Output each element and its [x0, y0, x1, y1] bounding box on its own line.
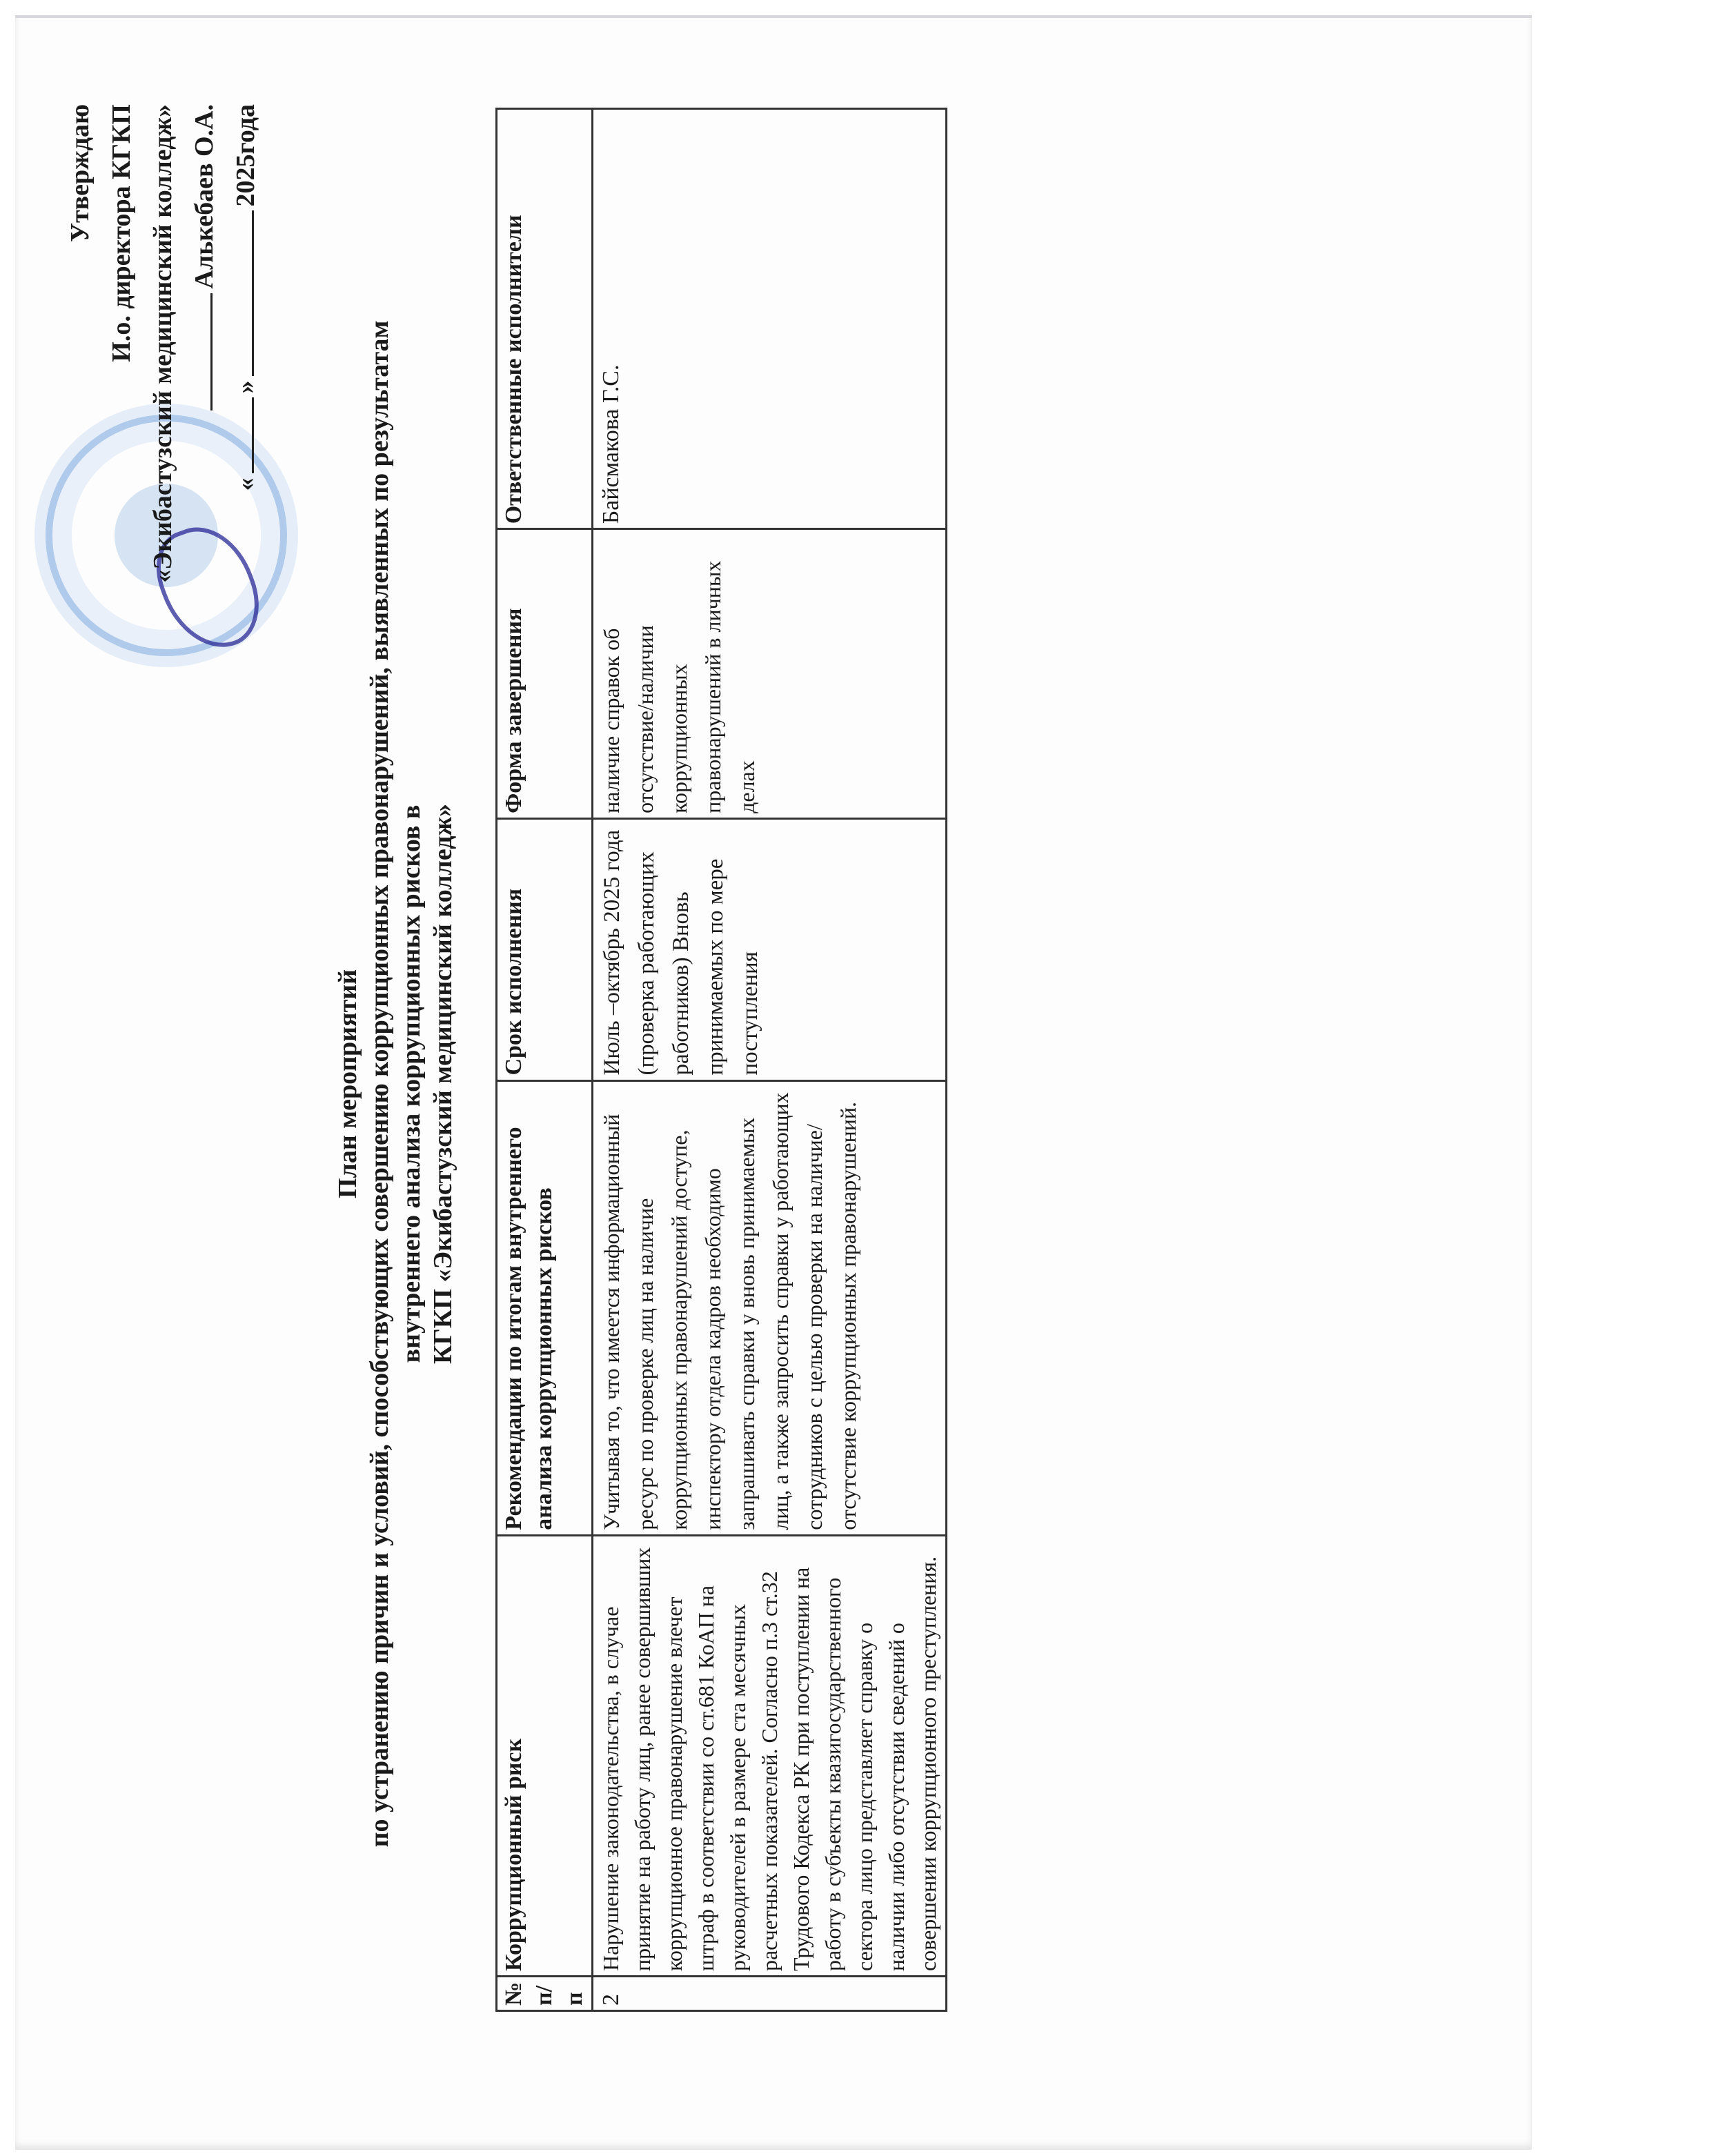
signature-blank: [210, 293, 213, 411]
scanned-page: Утверждаю И.о. директора КГКП «Экибастуз…: [15, 15, 1532, 2150]
header-number: № п/п: [497, 1977, 593, 2011]
title-line-3: внутреннего анализа коррупционных рисков…: [395, 28, 427, 2139]
document-page: Утверждаю И.о. директора КГКП «Экибастуз…: [32, 28, 1515, 2139]
header-recommendation: Рекомендации по итогам внутреннего анали…: [497, 1080, 593, 1535]
row-number: 2: [593, 1977, 947, 2011]
action-plan-table: № п/п Коррупционный риск Рекомендации по…: [495, 108, 947, 2012]
approval-year: 2025года: [231, 104, 260, 206]
date-open-quote: «: [231, 477, 260, 491]
approval-organization: «Экибастузский медицинский колледж»: [142, 104, 184, 629]
header-completion-form: Форма завершения: [497, 529, 593, 819]
row-completion-form: наличие справок об отсутствие/наличии ко…: [593, 529, 947, 819]
title-line-2: по устранению причин и условий, способст…: [364, 28, 395, 2139]
day-blank: [252, 397, 254, 473]
approval-date-line: «»2025года: [225, 104, 266, 629]
approval-heading: Утверждаю: [59, 104, 101, 629]
header-deadline: Срок исполнения: [497, 818, 593, 1080]
row-deadline: Июль –октябрь 2025 года (проверка работа…: [593, 818, 947, 1080]
approval-signatory: Алькебаев О.А.: [190, 104, 219, 289]
header-risk: Коррупционный риск: [497, 1535, 593, 1976]
title-line-4: КГКП «Экибастузский медицинский колледж»: [427, 28, 459, 2139]
approval-block: Утверждаю И.о. директора КГКП «Экибастуз…: [59, 104, 266, 629]
document-title: План мероприятий по устранению причин и …: [332, 28, 459, 2139]
title-line-1: План мероприятий: [332, 28, 364, 2139]
row-recommendation: Учитывая то, что имеется информационный …: [593, 1080, 947, 1535]
date-close-quote: »: [231, 380, 260, 393]
approval-signatory-line: Алькебаев О.А.: [184, 104, 225, 629]
row-risk: Нарушение законодательства, в случае при…: [593, 1535, 947, 1976]
header-responsible: Ответственные исполнители: [497, 109, 593, 529]
table-header-row: № п/п Коррупционный риск Рекомендации по…: [497, 109, 593, 2011]
table-row: 2 Нарушение законодательства, в случае п…: [593, 109, 947, 2011]
approval-position: И.о. директора КГКП: [101, 104, 142, 629]
month-blank: [252, 210, 254, 376]
row-responsible: Байсмакова Г.С.: [593, 109, 947, 529]
